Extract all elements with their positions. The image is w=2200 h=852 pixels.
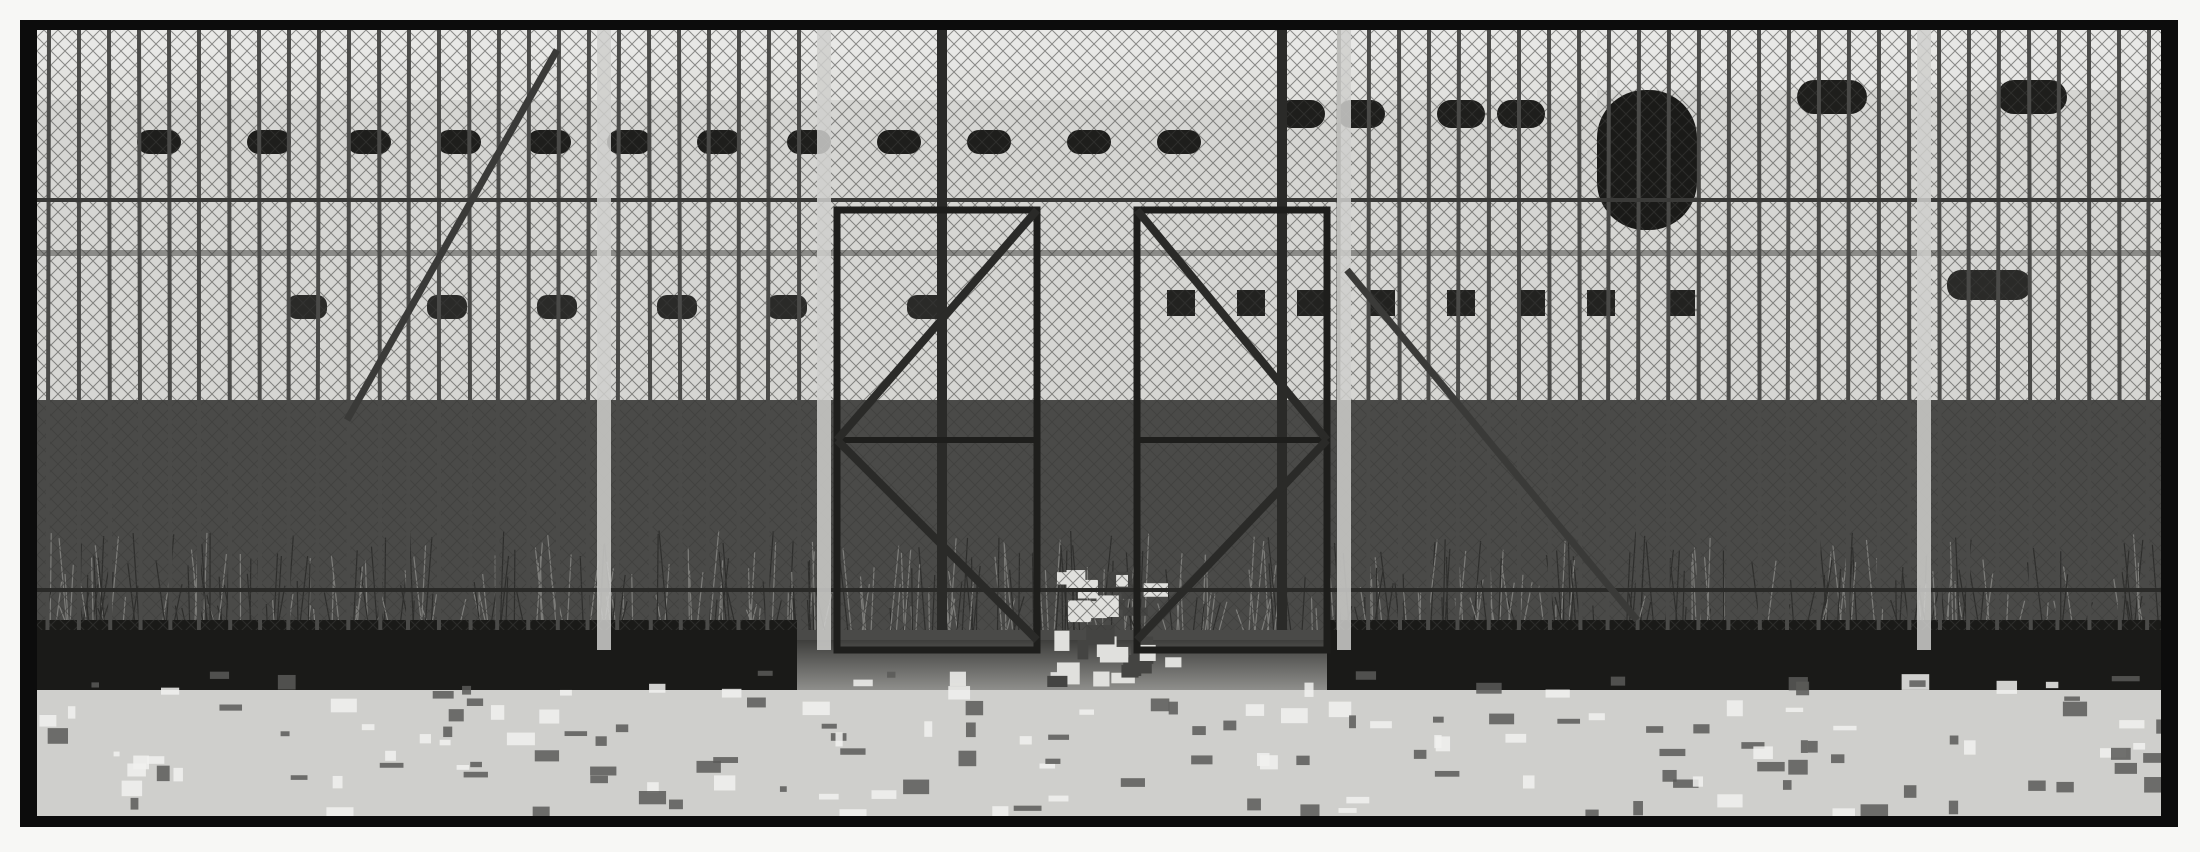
photo-print-border xyxy=(20,20,2178,827)
fence-gate-photograph xyxy=(37,30,2161,816)
photo-scene xyxy=(37,30,2161,816)
